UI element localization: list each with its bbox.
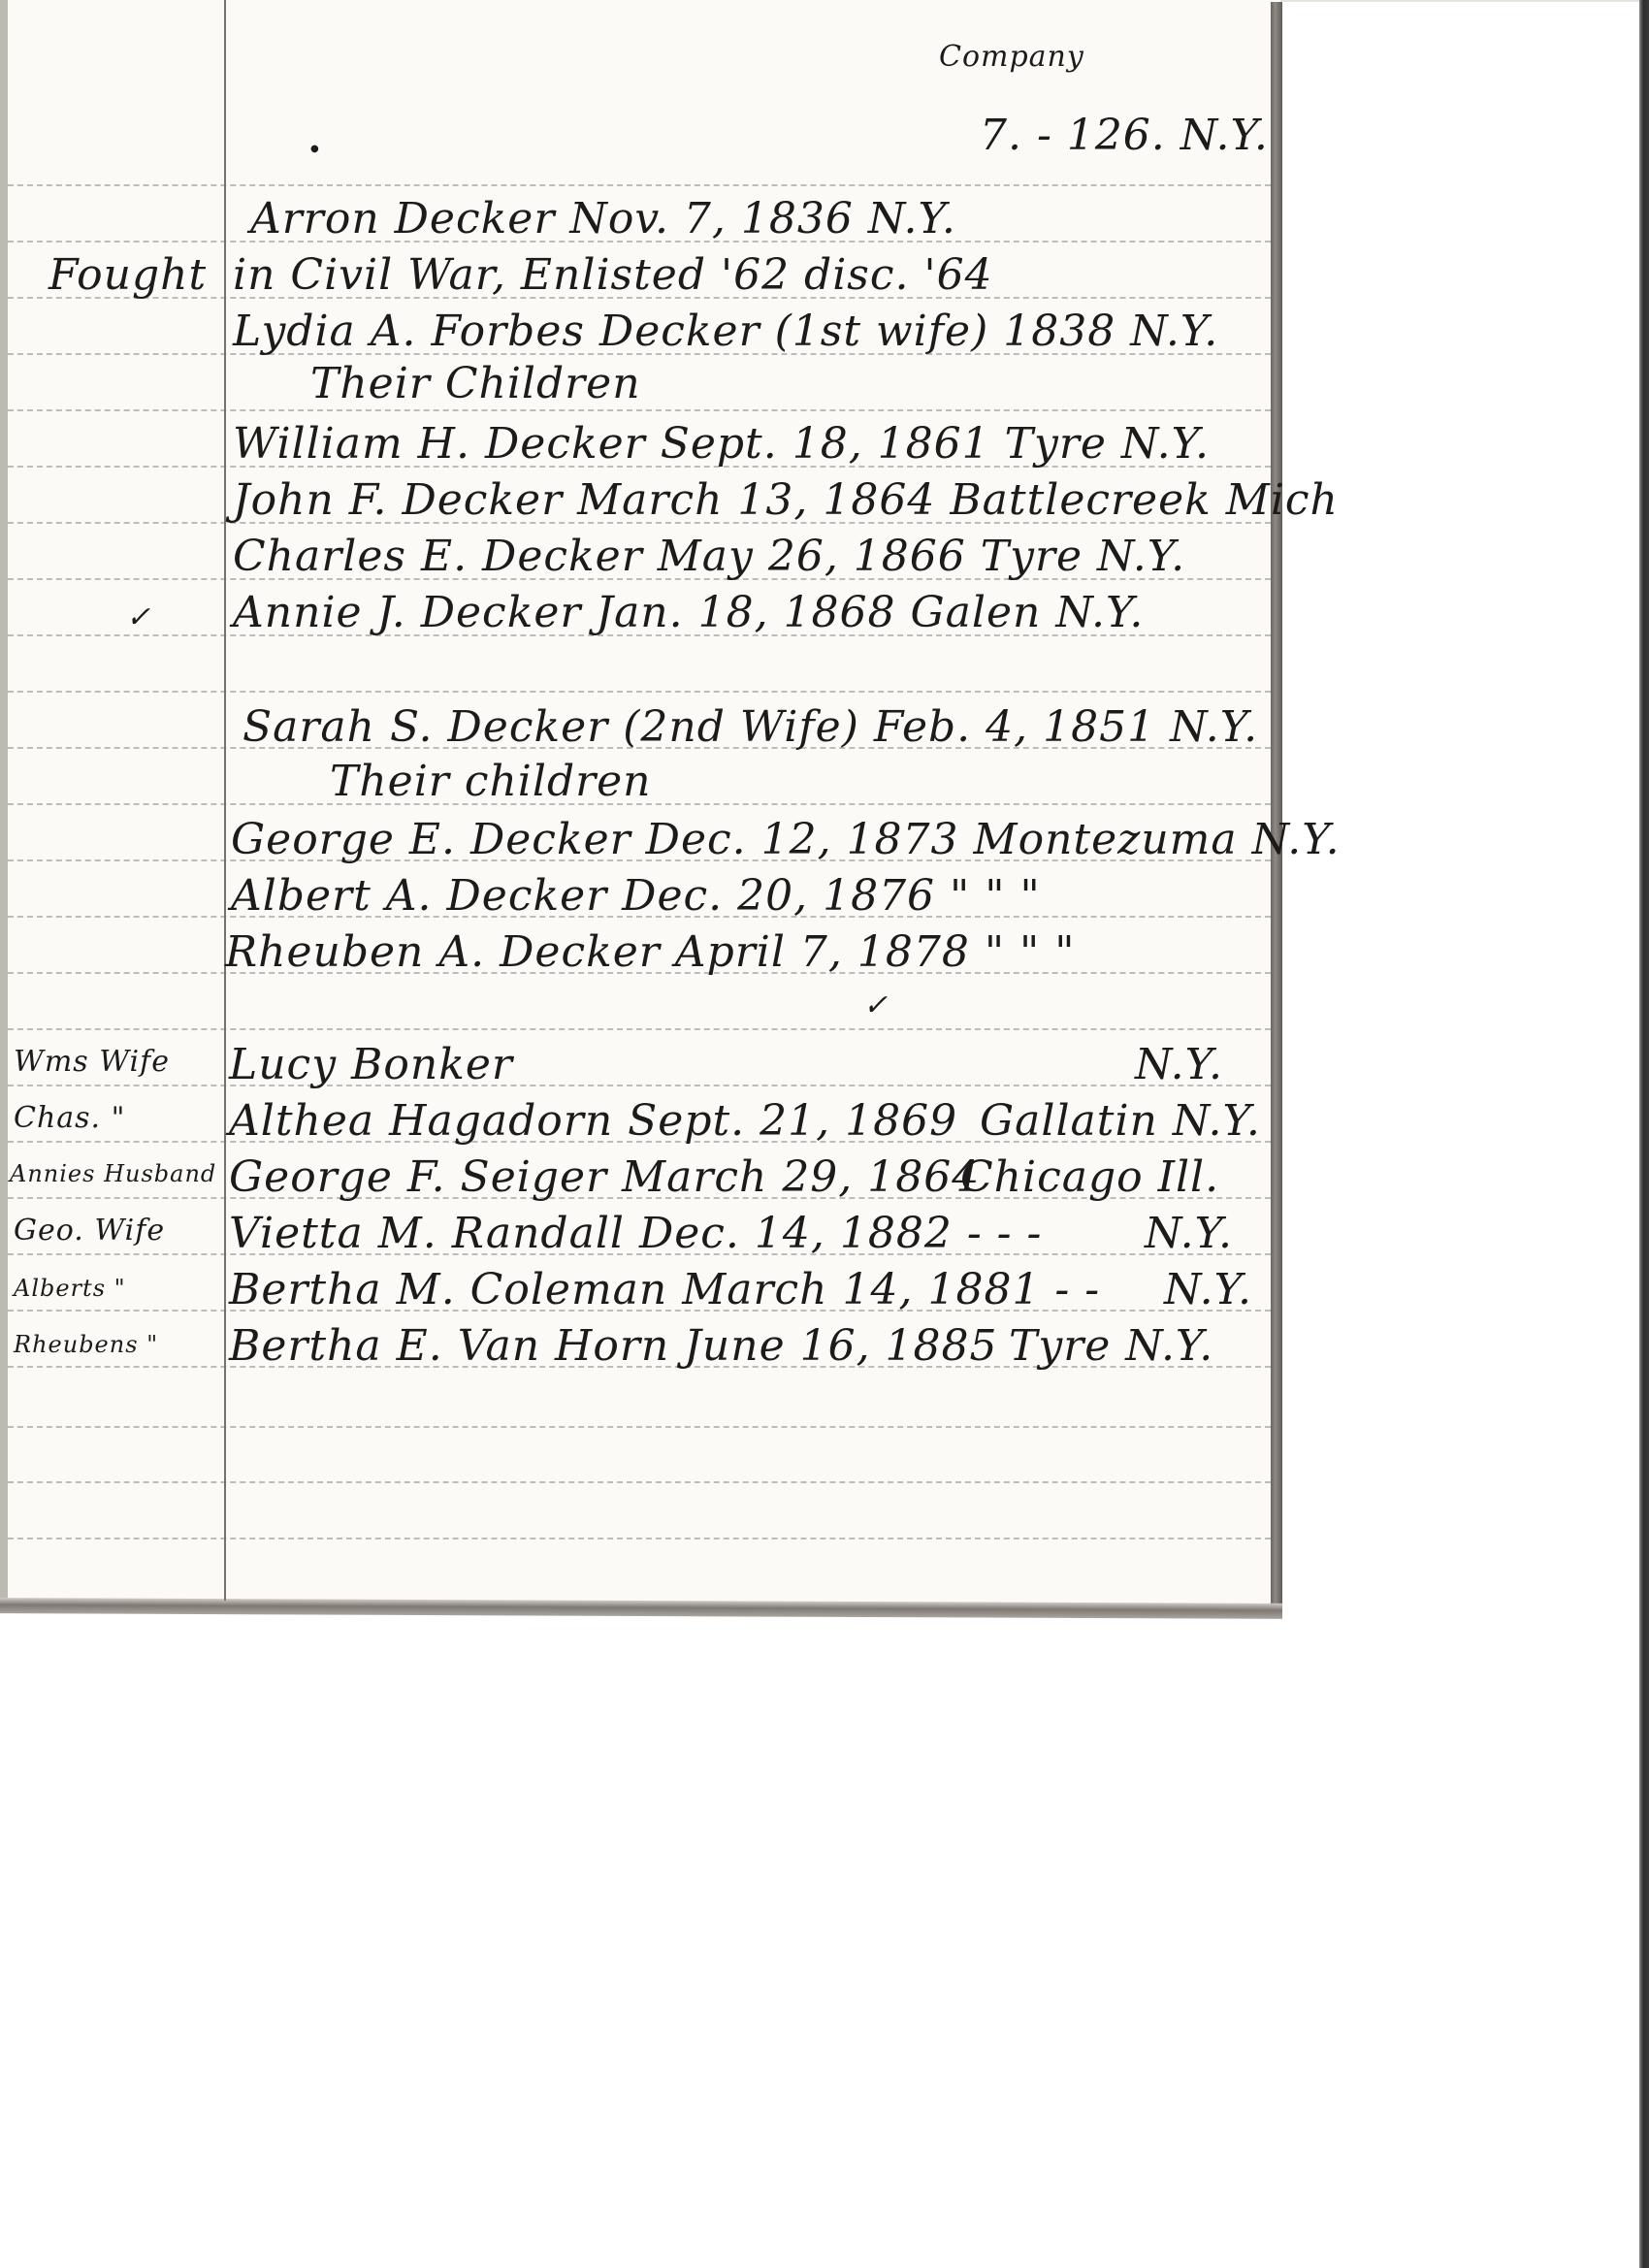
spouse-lucy-bonker: Lucy Bonker [229,1044,513,1086]
divider-check-mark: ✓ [863,991,889,1021]
spouse-althea-place: Gallatin N.Y. [980,1100,1261,1143]
scan-right-border [1639,0,1649,2268]
spouse-lucy-place: N.Y. [1135,1044,1223,1086]
entry-annie-decker: Annie J. Decker Jan. 18, 1868 Galen N.Y. [233,592,1144,634]
entry-william-decker: William H. Decker Sept. 18, 1861 Tyre N.… [233,423,1210,466]
spouse-althea-hagadorn: Althea Hagadorn Sept. 21, 1869 [229,1100,957,1143]
entry-sarah-decker: Sarah S. Decker (2nd Wife) Feb. 4, 1851 … [242,706,1258,749]
margin-rule [224,0,226,1601]
relation-annies-husband: Annies Husband [10,1162,216,1185]
relation-rheubens: Rheubens " [14,1333,158,1356]
company-unit: 7. - 126. N.Y. [980,114,1269,157]
spouse-vietta-randall: Vietta M. Randall Dec. 14, 1882 - - - [229,1213,1042,1255]
spouse-bertha-van-horn-place: Tyre N.Y. [1009,1325,1213,1368]
spouse-vietta-place: N.Y. [1145,1213,1233,1255]
heading-their-children-1: Their Children [310,363,641,405]
ruled-line [8,1085,1271,1086]
ruled-line [8,1426,1271,1428]
ruled-line [8,1538,1271,1539]
entry-civil-war: in Civil War, Enlisted '62 disc. '64 [233,254,993,297]
entry-lydia-forbes-decker: Lydia A. Forbes Decker (1st wife) 1838 N… [233,310,1218,353]
entry-rheuben-decker: Rheuben A. Decker April 7, 1878 " " " [225,931,1076,974]
ruled-line [8,1028,1271,1030]
entry-charles-decker: Charles E. Decker May 26, 1866 Tyre N.Y. [233,535,1185,578]
spouse-bertha-van-horn: Bertha E. Van Horn June 16, 1885 [229,1325,998,1368]
ruled-line [8,691,1271,693]
entry-arron-decker: Arron Decker Nov. 7, 1836 N.Y. [250,198,956,241]
spouse-george-place: Chicago Ill. [960,1156,1219,1199]
spouse-bertha-coleman: Bertha M. Coleman March 14, 1881 - - [229,1269,1100,1312]
entry-john-decker: John F. Decker March 13, 1864 Battlecree… [233,479,1339,522]
scan-top-edge [1280,0,1639,2]
relation-alberts: Alberts " [14,1277,126,1300]
relation-geo-wife: Geo. Wife [14,1216,165,1246]
entry-albert-decker: Albert A. Decker Dec. 20, 1876 " " " [231,875,1041,918]
spouse-george-seiger: George F. Seiger March 29, 1864 [229,1156,980,1199]
ruled-line [8,1481,1271,1483]
ruled-line [8,409,1271,411]
check-mark-annie: ✓ [126,603,151,632]
entry-george-decker: George E. Decker Dec. 12, 1873 Montezuma… [231,819,1341,861]
page-binding-edge [1271,2,1282,1617]
ink-dot: ● [310,144,319,154]
relation-wms-wife: Wms Wife [14,1048,170,1077]
company-label: Company [939,43,1084,72]
ruled-line [8,184,1271,186]
spouse-bertha-coleman-place: N.Y. [1164,1269,1252,1312]
relation-chas: Chas. " [14,1104,125,1133]
heading-their-children-2: Their children [330,761,652,803]
margin-note-fought: Fought [48,254,207,297]
